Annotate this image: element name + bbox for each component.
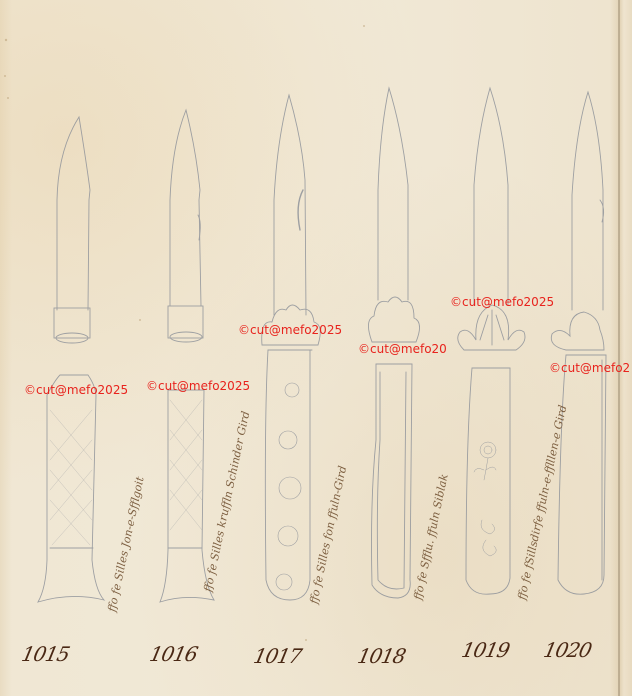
knife-1020 [551, 92, 606, 594]
knife-1019 [458, 88, 525, 594]
watermark: ©cut@mefo2 [549, 361, 630, 375]
knife-1015 [38, 117, 104, 602]
knife-number-1016: 1016 [147, 642, 199, 666]
watermark: ©cut@mefo2025 [146, 379, 250, 393]
knife-number-1015: 1015 [19, 642, 71, 666]
knife-number-1019: 1019 [459, 638, 511, 662]
watermark: ©cut@mefo2025 [24, 383, 128, 397]
knife-number-1020: 1020 [541, 638, 593, 662]
knife-number-1017: 1017 [251, 644, 303, 668]
knife-number-1018: 1018 [355, 644, 407, 668]
watermark: ©cut@mefo20 [358, 342, 447, 356]
knife-1017 [262, 95, 321, 600]
knife-1016 [160, 110, 214, 602]
watermark: ©cut@mefo2025 [238, 323, 342, 337]
watermark: ©cut@mefo2025 [450, 295, 554, 309]
